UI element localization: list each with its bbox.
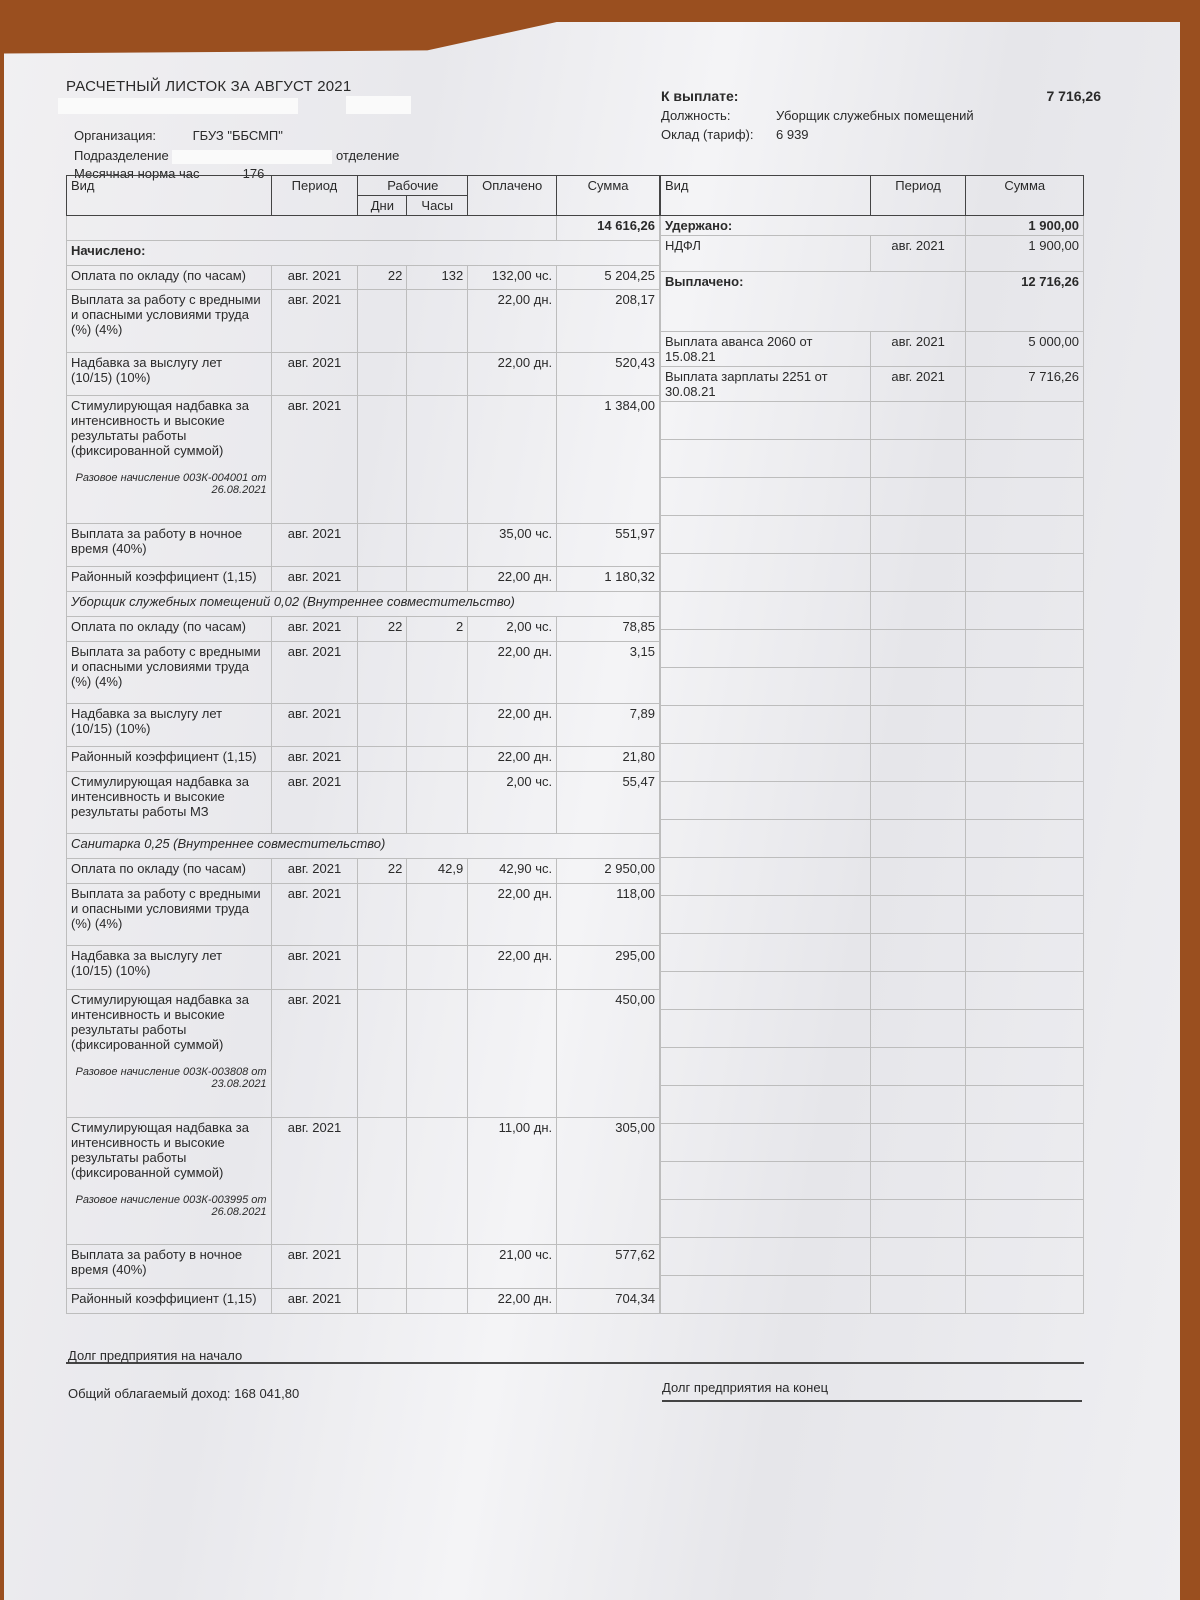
row-days xyxy=(358,1245,407,1288)
row-type: Надбавка за выслугу лет (10/15) (10%) xyxy=(67,352,272,395)
accrued-total: 14 616,26 xyxy=(557,216,660,241)
accruals-table: Вид Период Рабочие Оплачено Сумма Дни Ча… xyxy=(66,175,660,1314)
paid-label: Выплачено: xyxy=(661,272,966,332)
row-type: Стимулирующая надбавка за интенсивность … xyxy=(67,772,272,834)
row-days xyxy=(358,523,407,566)
row-sum-text: 704,34 xyxy=(561,1291,655,1306)
row-hours xyxy=(407,772,468,834)
row-note: Разовое начисление 003К-003995 от 26.08.… xyxy=(71,1180,267,1218)
row-period-text: авг. 2021 xyxy=(276,774,354,789)
row-sum: 551,97 xyxy=(557,523,660,566)
row-type: Районный коэффициент (1,15) xyxy=(67,1288,272,1313)
row-period: авг. 2021 xyxy=(271,1117,358,1245)
row-paid: 35,00 чс. xyxy=(468,523,557,566)
row-paid-text: 42,90 чс. xyxy=(472,861,552,876)
row-sum-text: 551,97 xyxy=(561,526,655,541)
row-period: авг. 2021 xyxy=(271,989,358,1117)
to-pay-label: К выплате: xyxy=(661,88,738,104)
table-row: Оплата по окладу (по часам)авг. 20212213… xyxy=(67,265,660,290)
row-period-text: авг. 2021 xyxy=(276,398,354,413)
row-period-text: авг. 2021 xyxy=(276,268,354,283)
table-row: Оплата по окладу (по часам)авг. 20212222… xyxy=(67,617,660,642)
table-row: Стимулирующая надбавка за интенсивность … xyxy=(67,396,660,524)
row-paid: 2,00 чс. xyxy=(468,617,557,642)
row-type: Надбавка за выслугу лет (10/15) (10%) xyxy=(67,946,272,989)
redacted-name xyxy=(58,98,298,114)
row-type-text: Районный коэффициент (1,15) xyxy=(71,569,267,584)
row-hours xyxy=(407,641,468,703)
row-type-text: Надбавка за выслугу лет (10/15) (10%) xyxy=(71,355,267,385)
row-type: Выплата за работу в ночное время (40%) xyxy=(67,523,272,566)
empty-row xyxy=(661,782,1084,820)
row-paid-text: 132,00 чс. xyxy=(472,268,552,283)
row-hours xyxy=(407,704,468,747)
table-row: Оплата по окладу (по часам)авг. 20212242… xyxy=(67,859,660,884)
row-paid-text: 22,00 дн. xyxy=(472,749,552,764)
footer-divider-right xyxy=(662,1400,1082,1402)
row-period: авг. 2021 xyxy=(271,641,358,703)
row-sum: 1 384,00 xyxy=(557,396,660,524)
row-sum: 450,00 xyxy=(557,989,660,1117)
row-sum-text: 1 384,00 xyxy=(561,398,655,413)
row-paid-text: 22,00 дн. xyxy=(472,644,552,659)
row-hours xyxy=(407,396,468,524)
row-sum: 7,89 xyxy=(557,704,660,747)
paid-row: Выплата зарплаты 2251 от 30.08.21авг. 20… xyxy=(661,367,1084,402)
row-period-text: авг. 2021 xyxy=(276,1247,354,1262)
row-period: авг. 2021 xyxy=(271,290,358,352)
row-type: Выплата за работу с вредными и опасными … xyxy=(67,884,272,946)
rcol-vid: Вид xyxy=(661,176,871,216)
row-sum-text: 1 180,32 xyxy=(561,569,655,584)
row-period-text: авг. 2021 xyxy=(276,569,354,584)
row-hours xyxy=(407,523,468,566)
row-paid xyxy=(468,396,557,524)
salary-label: Оклад (тариф): xyxy=(661,127,776,142)
empty-row xyxy=(661,1048,1084,1086)
row-sum-text: 2 950,00 xyxy=(561,861,655,876)
redacted-dept xyxy=(172,150,332,164)
empty-row xyxy=(661,402,1084,440)
row-sum: 118,00 xyxy=(557,884,660,946)
empty-row xyxy=(661,1162,1084,1200)
row-type-text: Оплата по окладу (по часам) xyxy=(71,619,267,634)
row-paid: 21,00 чс. xyxy=(468,1245,557,1288)
withheld-label: Удержано: xyxy=(661,216,966,236)
dept-value: отделение xyxy=(336,148,399,163)
empty-row xyxy=(661,668,1084,706)
row-hours-text: 2 xyxy=(411,619,463,634)
row-period: авг. 2021 xyxy=(271,617,358,642)
org-value: ГБУЗ "ББСМП" xyxy=(193,128,283,143)
table-row: Районный коэффициент (1,15)авг. 202122,0… xyxy=(67,747,660,772)
row-paid-text: 11,00 дн. xyxy=(472,1120,552,1135)
row-sum: 5 204,25 xyxy=(557,265,660,290)
row-days xyxy=(358,772,407,834)
withheld-total: 1 900,00 xyxy=(966,216,1084,236)
row-period-text: авг. 2021 xyxy=(276,619,354,634)
section-title-cleaner: Уборщик служебных помещений 0,02 (Внутре… xyxy=(67,592,660,617)
row-sum-text: 118,00 xyxy=(561,886,655,901)
row-paid: 22,00 дн. xyxy=(468,946,557,989)
row-days xyxy=(358,989,407,1117)
row-hours xyxy=(407,946,468,989)
col-working: Рабочие xyxy=(358,176,468,196)
row-sum-text: 208,17 xyxy=(561,292,655,307)
row-days xyxy=(358,704,407,747)
table-row: Выплата за работу в ночное время (40%)ав… xyxy=(67,1245,660,1288)
row-sum: 577,62 xyxy=(557,1245,660,1288)
paid-total: 12 716,26 xyxy=(966,272,1084,332)
row-type: Районный коэффициент (1,15) xyxy=(67,567,272,592)
empty-row xyxy=(661,630,1084,668)
row-paid: 22,00 дн. xyxy=(468,704,557,747)
row-hours xyxy=(407,989,468,1117)
row-sum-text: 305,00 xyxy=(561,1120,655,1135)
row-sum-text: 295,00 xyxy=(561,948,655,963)
row-period: авг. 2021 xyxy=(271,396,358,524)
empty-row xyxy=(661,1276,1084,1314)
row-type-text: Выплата за работу в ночное время (40%) xyxy=(71,526,267,556)
row-period: авг. 2021 xyxy=(271,523,358,566)
row-period-text: авг. 2021 xyxy=(276,749,354,764)
empty-row xyxy=(661,1124,1084,1162)
rrow-vid: Выплата зарплаты 2251 от 30.08.21 xyxy=(661,367,871,402)
row-sum: 704,34 xyxy=(557,1288,660,1313)
row-period: авг. 2021 xyxy=(271,1245,358,1288)
row-days xyxy=(358,352,407,395)
row-sum: 305,00 xyxy=(557,1117,660,1245)
row-hours xyxy=(407,567,468,592)
empty-row xyxy=(661,706,1084,744)
row-period: авг. 2021 xyxy=(271,704,358,747)
row-days xyxy=(358,396,407,524)
row-type-text: Выплата за работу с вредными и опасными … xyxy=(71,292,267,337)
table-row: Районный коэффициент (1,15)авг. 202122,0… xyxy=(67,567,660,592)
row-days: 22 xyxy=(358,617,407,642)
table-row: Выплата за работу с вредными и опасными … xyxy=(67,290,660,352)
taxable-income: Общий облагаемый доход: 168 041,80 xyxy=(68,1386,299,1401)
row-type-text: Выплата за работу с вредными и опасными … xyxy=(71,644,267,689)
table-row: Надбавка за выслугу лет (10/15) (10%)авг… xyxy=(67,352,660,395)
row-note: Разовое начисление 003К-003808 от 23.08.… xyxy=(71,1052,267,1090)
to-pay-value: 7 716,26 xyxy=(1047,88,1102,104)
row-days xyxy=(358,1288,407,1313)
row-type: Выплата за работу в ночное время (40%) xyxy=(67,1245,272,1288)
row-sum-text: 21,80 xyxy=(561,749,655,764)
page-title: РАСЧЕТНЫЙ ЛИСТОК ЗА АВГУСТ 2021 xyxy=(66,78,351,95)
empty-row xyxy=(661,554,1084,592)
row-sum-text: 577,62 xyxy=(561,1247,655,1262)
rrow-sum: 7 716,26 xyxy=(966,367,1084,402)
row-period: авг. 2021 xyxy=(271,352,358,395)
debt-end: Долг предприятия на конец xyxy=(662,1380,828,1395)
row-period: авг. 2021 xyxy=(271,859,358,884)
empty-row xyxy=(661,592,1084,630)
col-paid: Оплачено xyxy=(468,176,557,216)
empty-row xyxy=(661,440,1084,478)
row-sum: 2 950,00 xyxy=(557,859,660,884)
row-days-text: 22 xyxy=(362,619,402,634)
position-value: Уборщик служебных помещений xyxy=(776,108,974,123)
row-sum: 55,47 xyxy=(557,772,660,834)
row-paid-text: 22,00 дн. xyxy=(472,886,552,901)
row-hours xyxy=(407,1245,468,1288)
table-row: Надбавка за выслугу лет (10/15) (10%)авг… xyxy=(67,946,660,989)
empty-row xyxy=(661,1086,1084,1124)
empty-row xyxy=(661,744,1084,782)
row-type-text: Стимулирующая надбавка за интенсивность … xyxy=(71,1120,267,1180)
row-period-text: авг. 2021 xyxy=(276,292,354,307)
table-row: Выплата за работу в ночное время (40%)ав… xyxy=(67,523,660,566)
rcol-period: Период xyxy=(870,176,966,216)
row-hours-text: 42,9 xyxy=(411,861,463,876)
dept-label: Подразделение xyxy=(74,148,169,163)
row-period: авг. 2021 xyxy=(271,772,358,834)
row-period-text: авг. 2021 xyxy=(276,992,354,1007)
row-type-text: Стимулирующая надбавка за интенсивность … xyxy=(71,774,267,819)
row-days xyxy=(358,1117,407,1245)
table-row: Стимулирующая надбавка за интенсивность … xyxy=(67,772,660,834)
row-sum-text: 7,89 xyxy=(561,706,655,721)
row-paid-text: 22,00 дн. xyxy=(472,706,552,721)
rcol-sum: Сумма xyxy=(966,176,1084,216)
row-hours-text: 132 xyxy=(411,268,463,283)
table-row: Выплата за работу с вредными и опасными … xyxy=(67,641,660,703)
row-paid: 22,00 дн. xyxy=(468,352,557,395)
row-sum-text: 3,15 xyxy=(561,644,655,659)
row-hours xyxy=(407,290,468,352)
row-hours xyxy=(407,747,468,772)
row-type: Стимулирующая надбавка за интенсивность … xyxy=(67,396,272,524)
row-type-text: Оплата по окладу (по часам) xyxy=(71,268,267,283)
row-sum-text: 5 204,25 xyxy=(561,268,655,283)
rrow-sum: 5 000,00 xyxy=(966,332,1084,367)
row-hours xyxy=(407,1117,468,1245)
row-paid-text: 22,00 дн. xyxy=(472,948,552,963)
empty-row xyxy=(661,820,1084,858)
col-days: Дни xyxy=(358,196,407,216)
row-paid-text: 2,00 чс. xyxy=(472,774,552,789)
row-type-text: Выплата за работу с вредными и опасными … xyxy=(71,886,267,931)
row-type: Стимулирующая надбавка за интенсивность … xyxy=(67,1117,272,1245)
row-sum: 3,15 xyxy=(557,641,660,703)
row-paid-text: 2,00 чс. xyxy=(472,619,552,634)
row-sum: 1 180,32 xyxy=(557,567,660,592)
row-sum: 21,80 xyxy=(557,747,660,772)
row-period-text: авг. 2021 xyxy=(276,355,354,370)
table-row: Стимулирующая надбавка за интенсивность … xyxy=(67,1117,660,1245)
table-row: Выплата за работу с вредными и опасными … xyxy=(67,884,660,946)
row-paid-text: 22,00 дн. xyxy=(472,1291,552,1306)
deductions-table: Вид Период Сумма Удержано: 1 900,00 НДФЛ… xyxy=(660,175,1084,1314)
row-sum-text: 55,47 xyxy=(561,774,655,789)
col-vid: Вид xyxy=(67,176,272,216)
row-paid: 22,00 дн. xyxy=(468,1288,557,1313)
rrow-period: авг. 2021 xyxy=(870,332,966,367)
row-paid-text: 22,00 дн. xyxy=(472,292,552,307)
empty-row xyxy=(661,1200,1084,1238)
row-type: Оплата по окладу (по часам) xyxy=(67,617,272,642)
col-sum: Сумма xyxy=(557,176,660,216)
row-paid: 132,00 чс. xyxy=(468,265,557,290)
row-period-text: авг. 2021 xyxy=(276,706,354,721)
row-days: 22 xyxy=(358,265,407,290)
col-hours: Часы xyxy=(407,196,468,216)
row-hours xyxy=(407,884,468,946)
row-days xyxy=(358,747,407,772)
row-sum-text: 520,43 xyxy=(561,355,655,370)
table-row: Надбавка за выслугу лет (10/15) (10%)авг… xyxy=(67,704,660,747)
row-type-text: Надбавка за выслугу лет (10/15) (10%) xyxy=(71,948,267,978)
row-paid-text: 22,00 дн. xyxy=(472,355,552,370)
empty-row xyxy=(661,858,1084,896)
row-type-text: Районный коэффициент (1,15) xyxy=(71,749,267,764)
rrow-vid: НДФЛ xyxy=(661,236,871,272)
row-days xyxy=(358,641,407,703)
col-period: Период xyxy=(271,176,358,216)
row-sum-text: 78,85 xyxy=(561,619,655,634)
rrow-vid: Выплата аванса 2060 от 15.08.21 xyxy=(661,332,871,367)
row-period: авг. 2021 xyxy=(271,265,358,290)
row-paid: 42,90 чс. xyxy=(468,859,557,884)
row-type: Выплата за работу с вредными и опасными … xyxy=(67,641,272,703)
row-days-text: 22 xyxy=(362,268,402,283)
empty-row xyxy=(661,934,1084,972)
paid-row: Выплата аванса 2060 от 15.08.21авг. 2021… xyxy=(661,332,1084,367)
row-hours xyxy=(407,1288,468,1313)
row-type: Надбавка за выслугу лет (10/15) (10%) xyxy=(67,704,272,747)
empty-row xyxy=(661,516,1084,554)
row-hours: 132 xyxy=(407,265,468,290)
row-sum: 520,43 xyxy=(557,352,660,395)
row-type-text: Выплата за работу в ночное время (40%) xyxy=(71,1247,267,1277)
salary-value: 6 939 xyxy=(776,127,809,142)
org-label: Организация: xyxy=(74,128,189,143)
row-days xyxy=(358,567,407,592)
row-paid: 11,00 дн. xyxy=(468,1117,557,1245)
row-paid: 22,00 дн. xyxy=(468,641,557,703)
row-paid: 2,00 чс. xyxy=(468,772,557,834)
table-row: Стимулирующая надбавка за интенсивность … xyxy=(67,989,660,1117)
row-days: 22 xyxy=(358,859,407,884)
row-period: авг. 2021 xyxy=(271,884,358,946)
row-type: Стимулирующая надбавка за интенсивность … xyxy=(67,989,272,1117)
row-hours: 2 xyxy=(407,617,468,642)
withheld-row: НДФЛавг. 20211 900,00 xyxy=(661,236,1084,272)
row-period-text: авг. 2021 xyxy=(276,526,354,541)
row-period: авг. 2021 xyxy=(271,747,358,772)
row-period-text: авг. 2021 xyxy=(276,948,354,963)
row-sum-text: 450,00 xyxy=(561,992,655,1007)
rrow-period: авг. 2021 xyxy=(870,367,966,402)
row-type-text: Стимулирующая надбавка за интенсивность … xyxy=(71,398,267,458)
accrued-label: Начислено: xyxy=(67,240,660,265)
empty-row xyxy=(661,972,1084,1010)
row-sum: 295,00 xyxy=(557,946,660,989)
row-note: Разовое начисление 003К-004001 от 26.08.… xyxy=(71,458,267,496)
row-paid-text: 21,00 чс. xyxy=(472,1247,552,1262)
row-period-text: авг. 2021 xyxy=(276,1291,354,1306)
empty-row xyxy=(661,896,1084,934)
row-period: авг. 2021 xyxy=(271,567,358,592)
row-period-text: авг. 2021 xyxy=(276,886,354,901)
row-type: Оплата по окладу (по часам) xyxy=(67,265,272,290)
rrow-sum: 1 900,00 xyxy=(966,236,1084,272)
row-type-text: Районный коэффициент (1,15) xyxy=(71,1291,267,1306)
row-days xyxy=(358,884,407,946)
row-sum: 78,85 xyxy=(557,617,660,642)
row-type-text: Оплата по окладу (по часам) xyxy=(71,861,267,876)
row-type: Оплата по окладу (по часам) xyxy=(67,859,272,884)
row-paid: 22,00 дн. xyxy=(468,290,557,352)
row-period-text: авг. 2021 xyxy=(276,861,354,876)
row-period-text: авг. 2021 xyxy=(276,1120,354,1135)
row-period: авг. 2021 xyxy=(271,1288,358,1313)
empty-row xyxy=(661,478,1084,516)
row-type-text: Стимулирующая надбавка за интенсивность … xyxy=(71,992,267,1052)
row-hours xyxy=(407,352,468,395)
row-paid-text: 22,00 дн. xyxy=(472,569,552,584)
row-paid xyxy=(468,989,557,1117)
row-days xyxy=(358,290,407,352)
rrow-period: авг. 2021 xyxy=(870,236,966,272)
row-hours: 42,9 xyxy=(407,859,468,884)
row-paid: 22,00 дн. xyxy=(468,747,557,772)
row-paid-text: 35,00 чс. xyxy=(472,526,552,541)
row-days xyxy=(358,946,407,989)
redacted-id xyxy=(346,96,411,114)
row-period: авг. 2021 xyxy=(271,946,358,989)
position-label: Должность: xyxy=(661,108,776,123)
row-type: Районный коэффициент (1,15) xyxy=(67,747,272,772)
row-paid: 22,00 дн. xyxy=(468,567,557,592)
summary-header: К выплате: 7 716,26 Должность: Уборщик с… xyxy=(661,88,1101,142)
table-row: Районный коэффициент (1,15)авг. 202122,0… xyxy=(67,1288,660,1313)
empty-row xyxy=(661,1010,1084,1048)
row-sum: 208,17 xyxy=(557,290,660,352)
row-days-text: 22 xyxy=(362,861,402,876)
row-type-text: Надбавка за выслугу лет (10/15) (10%) xyxy=(71,706,267,736)
section-title-orderly: Санитарка 0,25 (Внутреннее совместительс… xyxy=(67,834,660,859)
empty-row xyxy=(661,1238,1084,1276)
row-type: Выплата за работу с вредными и опасными … xyxy=(67,290,272,352)
debt-start: Долг предприятия на начало xyxy=(68,1348,242,1363)
row-period-text: авг. 2021 xyxy=(276,644,354,659)
row-paid: 22,00 дн. xyxy=(468,884,557,946)
